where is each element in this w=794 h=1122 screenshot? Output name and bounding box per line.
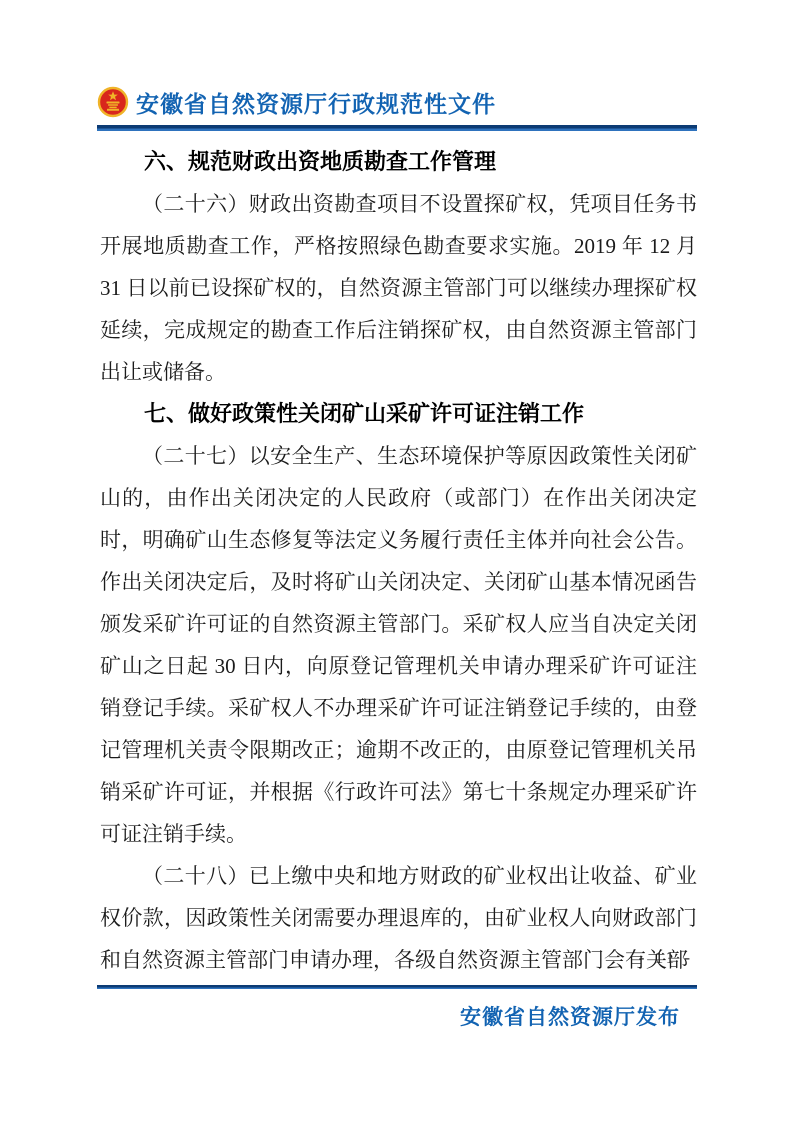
section-seven: 七、做好政策性关闭矿山采矿许可证注销工作 （二十七）以安全生产、生态环境保护等原… [100,393,697,981]
document-page: 安徽省自然资源厅行政规范性文件 六、规范财政出资地质勘查工作管理 （二十六）财政… [0,0,794,1122]
body-paragraph: （二十七）以安全生产、生态环境保护等原因政策性关闭矿山的，由作出关闭决定的人民政… [100,435,697,855]
section-heading: 六、规范财政出资地质勘查工作管理 [100,141,697,183]
footer-rule [97,985,697,989]
national-emblem-icon [97,86,129,118]
publisher-label: 安徽省自然资源厅发布 [460,1001,680,1031]
section-six: 六、规范财政出资地质勘查工作管理 （二十六）财政出资勘查项目不设置探矿权，凭项目… [100,141,697,393]
body-paragraph: （二十八）已上缴中央和地方财政的矿业权出让收益、矿业权价款，因政策性关闭需要办理… [100,855,697,981]
section-heading: 七、做好政策性关闭矿山采矿许可证注销工作 [100,393,697,435]
document-header: 安徽省自然资源厅行政规范性文件 [97,84,697,131]
header-title: 安徽省自然资源厅行政规范性文件 [136,86,496,119]
header-rule [97,125,697,131]
body-paragraph: （二十六）财政出资勘查项目不设置探矿权，凭项目任务书开展地质勘查工作，严格按照绿… [100,183,697,393]
page-number: - 11 - [639,948,693,968]
document-body: 六、规范财政出资地质勘查工作管理 （二十六）财政出资勘查项目不设置探矿权，凭项目… [100,141,697,981]
